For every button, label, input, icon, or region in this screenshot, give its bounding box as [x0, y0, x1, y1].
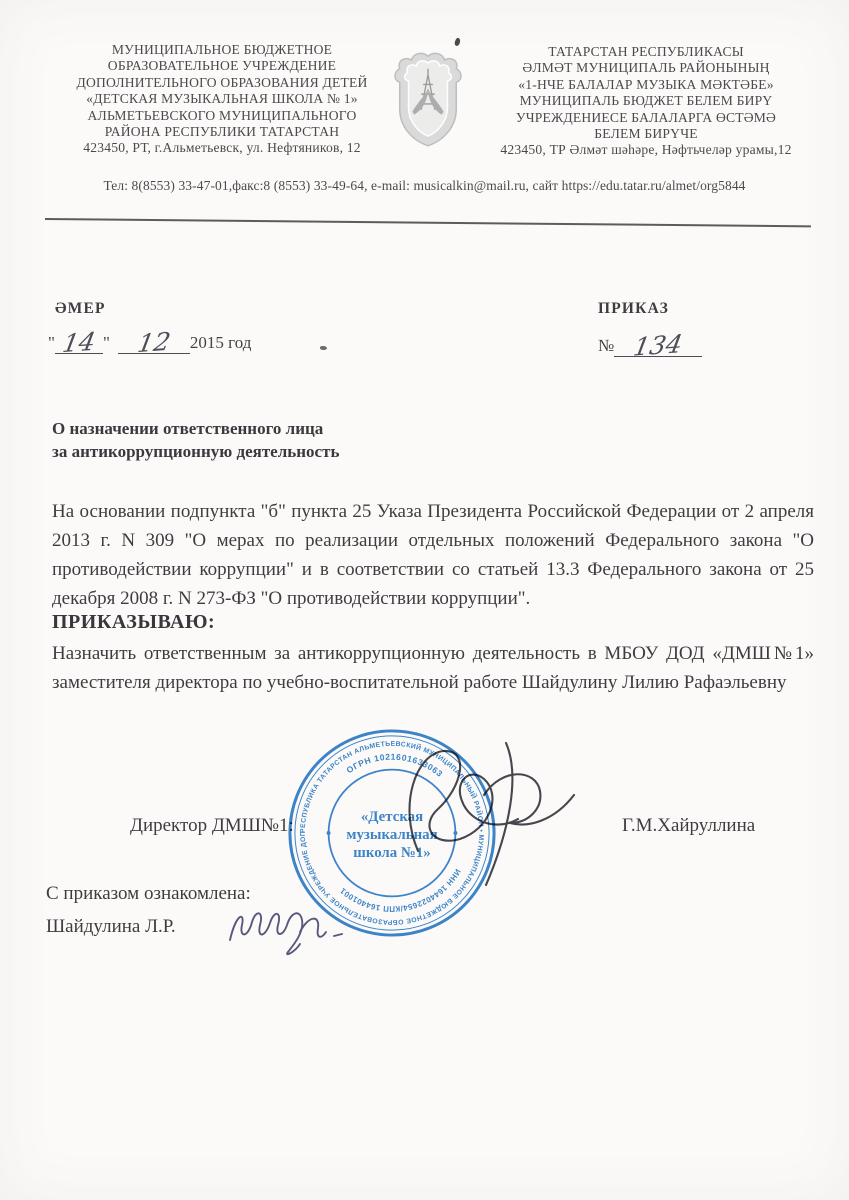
order-subject: О назначении ответственного лица за анти… — [52, 418, 339, 463]
org-line: ӘЛМӘТ МУНИЦИПАЛЬ РАЙОНЫНЫҢ — [462, 60, 830, 76]
scan-speck — [320, 346, 327, 350]
order-preamble: На основании подпункта "б" пункта 25 Ука… — [52, 497, 814, 613]
quote-open: " — [48, 333, 55, 352]
org-address-line: 423450, ТР Әлмәт шәһәре, Нәфтьчеләр урам… — [462, 142, 830, 158]
org-line: МУНИЦИПАЛЬНОЕ БЮДЖЕТНОЕ — [44, 42, 400, 58]
subject-line-2: за антикоррупционную деятельность — [52, 441, 339, 464]
quote-close: " — [103, 333, 110, 352]
org-line: РАЙОНА РЕСПУБЛИКИ ТАТАРСТАН — [44, 124, 400, 140]
org-line: «ДЕТСКАЯ МУЗЫКАЛЬНАЯ ШКОЛА № 1» — [44, 91, 400, 107]
acknowledgement-line: С приказом ознакомлена: — [46, 883, 251, 905]
scan-speck — [454, 37, 461, 46]
director-signature — [388, 733, 584, 903]
order-number: №134 — [598, 333, 702, 357]
subject-line-1: О назначении ответственного лица — [52, 418, 339, 441]
order-directive-text: Назначить ответственным за антикоррупцио… — [52, 639, 814, 697]
number-sign: № — [598, 336, 614, 355]
org-line: УЧРЕЖДЕНИЕСЕ БАЛАЛАРГА ӨСТӘМӘ — [462, 110, 830, 126]
order-date: "14"122015 год — [48, 330, 251, 354]
org-line: ОБРАЗОВАТЕЛЬНОЕ УЧРЕЖДЕНИЕ — [44, 58, 400, 74]
org-line: БЕЛЕМ БИРҮЧЕ — [462, 126, 830, 142]
org-line: МУНИЦИПАЛЬ БЮДЖЕТ БЕЛЕМ БИРҮ — [462, 93, 830, 109]
date-year-text: 2015 год — [190, 333, 251, 352]
director-title: Директор ДМШ№1: — [130, 815, 294, 837]
header-divider-line — [45, 218, 811, 227]
org-name-russian: МУНИЦИПАЛЬНОЕ БЮДЖЕТНОЕ ОБРАЗОВАТЕЛЬНОЕ … — [44, 42, 400, 157]
contact-line: Тел: 8(8553) 33-47-01,факс:8 (8553) 33-4… — [0, 178, 849, 194]
acknowledger-signature — [226, 898, 362, 961]
handwritten-month: 12 — [136, 332, 172, 354]
org-address-line: 423450, РТ, г.Альметьевск, ул. Нефтянико… — [44, 140, 400, 156]
org-line: АЛЬМЕТЬЕВСКОГО МУНИЦИПАЛЬНОГО — [44, 108, 400, 124]
acknowledger-signature-svg — [226, 898, 362, 956]
org-line: ТАТАРСТАН РЕСПУБЛИКАСЫ — [462, 44, 830, 60]
scanned-order-document: МУНИЦИПАЛЬНОЕ БЮДЖЕТНОЕ ОБРАЗОВАТЕЛЬНОЕ … — [0, 0, 849, 1200]
director-name: Г.М.Хайруллина — [622, 815, 755, 837]
handwritten-number: 134 — [632, 334, 684, 357]
order-heading-russian: ПРИКАЗ — [598, 300, 669, 318]
org-line: «1-НЧЕ БАЛАЛАР МУЗЫКА МӘКТӘБЕ» — [462, 77, 830, 93]
date-month-blank: 12 — [118, 330, 190, 354]
order-directive-heading: ПРИКАЗЫВАЮ: — [52, 611, 215, 634]
emblem-svg — [389, 48, 467, 152]
org-name-tatar: ТАТАРСТАН РЕСПУБЛИКАСЫ ӘЛМӘТ МУНИЦИПАЛЬ … — [462, 44, 830, 159]
number-blank: 134 — [614, 333, 702, 357]
director-signature-svg — [388, 733, 584, 898]
date-day-blank: 14 — [55, 330, 103, 354]
school-emblem-icon — [389, 48, 467, 157]
order-heading-tatar: ӘМЕР — [55, 300, 106, 318]
handwritten-day: 14 — [61, 332, 97, 354]
acknowledger-name: Шайдулина Л.Р. — [46, 916, 176, 938]
org-line: ДОПОЛНИТЕЛЬНОГО ОБРАЗОВАНИЯ ДЕТЕЙ — [44, 75, 400, 91]
